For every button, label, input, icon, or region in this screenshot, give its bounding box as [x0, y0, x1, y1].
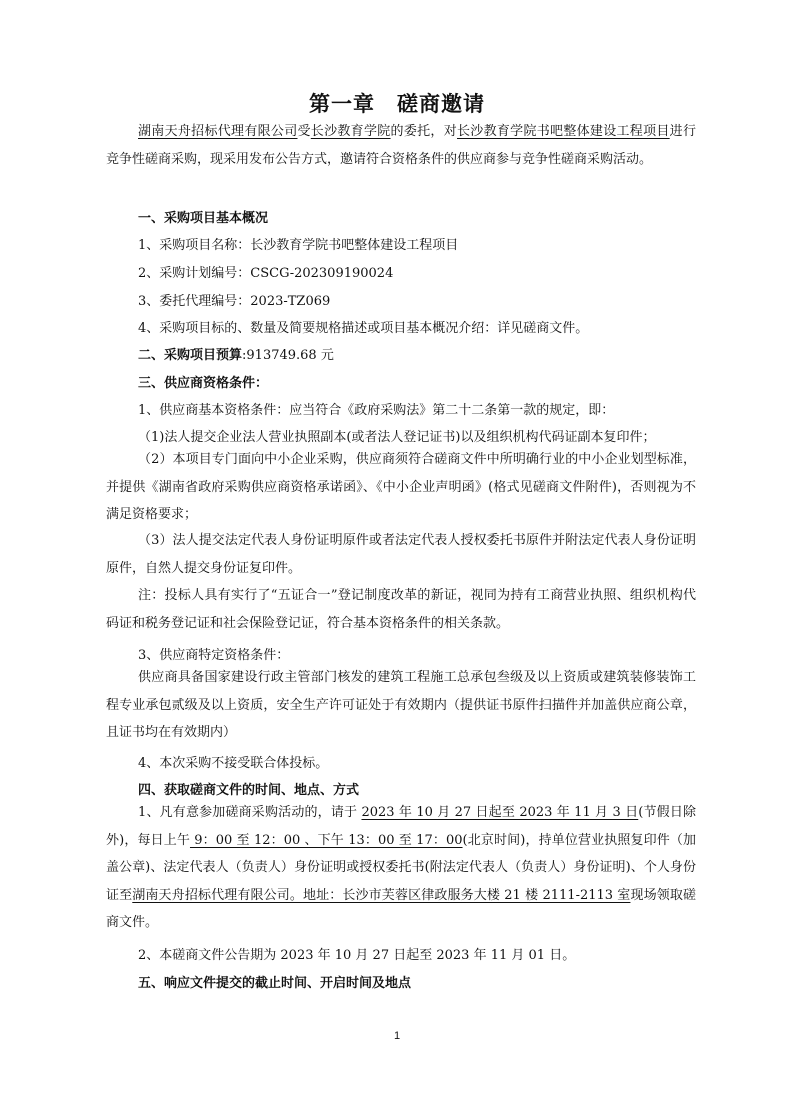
- budget-value: :913749.68 元: [242, 348, 334, 363]
- acq-date-range: 2023 年 10 月 27 日起至 2023 年 11 月 3 日: [361, 805, 638, 820]
- client-name: 长沙教育学院: [311, 124, 391, 139]
- section-2-heading: 二、采购项目预算: [138, 348, 242, 363]
- s1-item-4: 4、采购项目标的、数量及简要规格描述或项目基本概况介绍：详见磋商文件。: [138, 317, 588, 336]
- specific-qualification-label: 3、供应商特定资格条件：: [138, 644, 289, 663]
- chapter-title: 第一章磋商邀请: [0, 88, 794, 118]
- acq-text: 1、凡有意参加磋商采购活动的，请于: [138, 805, 361, 820]
- intro-text: 的委托，对: [391, 124, 457, 139]
- condition-3: （3）法人提交法定代表人身份证明原件或者法定代表人授权委托书原件并附法定代表人身…: [106, 527, 696, 582]
- chapter-name: 磋商邀请: [397, 92, 485, 116]
- acq-address: 湖南天舟招标代理有限公司。地址：长沙市芙蓉区律政服务大楼 21 楼 2111-2…: [132, 888, 630, 903]
- chapter-number: 第一章: [309, 92, 375, 116]
- intro-text: 受: [298, 124, 311, 139]
- announcement-period: 2、本磋商文件公告期为 2023 年 10 月 27 日起至 2023 年 11…: [138, 944, 575, 963]
- condition-2: （2）本项目专门面向中小企业采购，供应商须符合磋商文件中所明确行业的中小企业划型…: [106, 446, 696, 529]
- specific-qualification: 供应商具备国家建设行政主管部门核发的建筑工程施工总承包叁级及以上资质或建筑装修装…: [106, 664, 696, 747]
- section-1-heading: 一、采购项目基本概况: [138, 207, 268, 226]
- s1-item-1: 1、采购项目名称：长沙教育学院书吧整体建设工程项目: [138, 234, 458, 253]
- section-3-heading: 三、供应商资格条件：: [138, 372, 268, 391]
- section-2: 二、采购项目预算:913749.68 元: [138, 344, 334, 363]
- project-name: 长沙教育学院书吧整体建设工程项目: [457, 124, 670, 139]
- agent-name: 湖南天舟招标代理有限公司: [138, 124, 298, 139]
- document-page: 第一章磋商邀请 湖南天舟招标代理有限公司受长沙教育学院的委托，对长沙教育学院书吧…: [0, 0, 794, 1108]
- s1-item-3: 3、委托代理编号：2023-TZ069: [138, 290, 330, 309]
- basic-qualification: 1、供应商基本资格条件：应当符合《政府采购法》第二十二条第一款的规定，即：: [138, 399, 614, 418]
- s3-item-4: 4、本次采购不接受联合体投标。: [138, 752, 328, 771]
- section-5-heading: 五、响应文件提交的截止时间、开启时间及地点: [138, 972, 411, 991]
- acq-time-range: 9：00 至 12：00 、下午 13：00 至 17：00: [190, 833, 463, 848]
- note-paragraph: 注：投标人具有实行了“五证合一”登记制度改革的新证，视同为持有工商营业执照、组织…: [106, 582, 696, 637]
- page-number: 1: [0, 1030, 794, 1042]
- section-4-heading: 四、获取磋商文件的时间、地点、方式: [138, 779, 359, 798]
- intro-paragraph: 湖南天舟招标代理有限公司受长沙教育学院的委托，对长沙教育学院书吧整体建设工程项目…: [106, 118, 696, 173]
- acquisition-paragraph: 1、凡有意参加磋商采购活动的，请于 2023 年 10 月 27 日起至 202…: [106, 799, 696, 937]
- s1-item-2: 2、采购计划编号：CSCG-202309190024: [138, 262, 393, 281]
- condition-1: （1)法人提交企业法人营业执照副本(或者法人登记证书)以及组织机构代码证副本复印…: [138, 426, 656, 445]
